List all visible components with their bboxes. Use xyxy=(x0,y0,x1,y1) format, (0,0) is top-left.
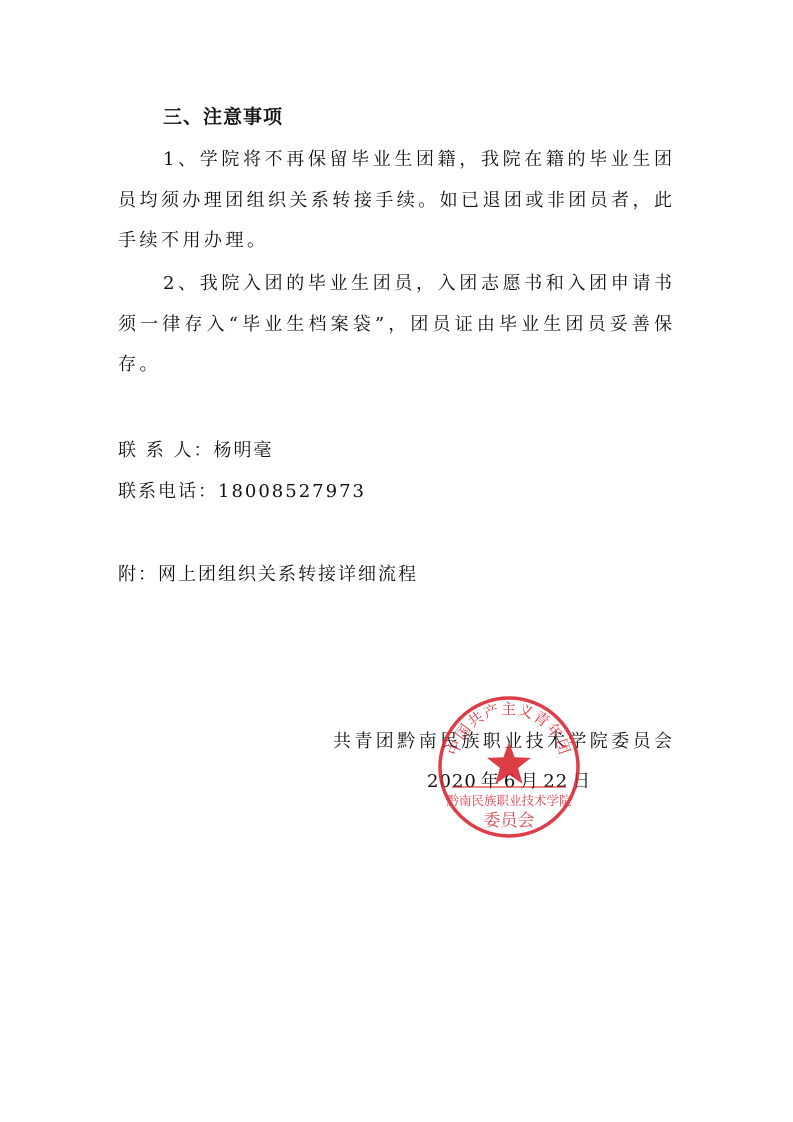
seal-bottom-line: 委员会 xyxy=(484,811,535,831)
date-year-unit: 年 xyxy=(481,771,500,792)
seal-center-line: 黔南民族职业技术学院 xyxy=(446,793,572,808)
contact-phone: 联系电话：18008527973 xyxy=(118,482,366,502)
paragraph-1-line-2: 员均须办理团组织关系转接手续。如已退团或非团员者，此 xyxy=(118,191,672,211)
contact-phone-number: 18008527973 xyxy=(218,481,366,502)
contact-person-name: 杨明毫 xyxy=(213,440,273,461)
date-day: 22 xyxy=(543,771,568,792)
attachment-note: 附：网上团组织关系转接详细流程 xyxy=(118,565,418,585)
contact-phone-label: 联系电话： xyxy=(118,481,218,502)
paragraph-2-line-1: 2、我院入团的毕业生团员，入团志愿书和入团申请书 xyxy=(163,274,672,294)
signature-organization: 共青团黔南民族职业技术学院委员会 xyxy=(333,732,672,752)
date-day-unit: 日 xyxy=(572,771,591,792)
attachment-label: 附： xyxy=(118,564,158,585)
date-month: 6 xyxy=(504,771,516,792)
official-seal-icon: 中国共产主义青年团 黔南民族职业技术学院 委员会 xyxy=(436,694,582,840)
paragraph-1-line-3: 手续不用办理。 xyxy=(118,231,269,251)
attachment-title: 网上团组织关系转接详细流程 xyxy=(158,564,418,585)
paragraph-2-line-2: 须一律存入“毕业生档案袋”，团员证由毕业生团员妥善保 xyxy=(118,315,672,335)
paragraph-1-line-1: 1、学院将不再保留毕业生团籍，我院在籍的毕业生团 xyxy=(163,150,672,170)
document-page: 三、注意事项 1、学院将不再保留毕业生团籍，我院在籍的毕业生团 员均须办理团组织… xyxy=(0,0,793,1122)
signature-date: 2020年6月22日 xyxy=(427,772,595,792)
date-month-unit: 月 xyxy=(520,771,539,792)
contact-person: 联 系 人：杨明毫 xyxy=(118,441,273,461)
section-heading: 三、注意事项 xyxy=(163,106,283,128)
paragraph-2-line-3: 存。 xyxy=(118,355,161,375)
date-year: 2020 xyxy=(427,771,477,792)
contact-person-label: 联 系 人： xyxy=(118,440,213,461)
